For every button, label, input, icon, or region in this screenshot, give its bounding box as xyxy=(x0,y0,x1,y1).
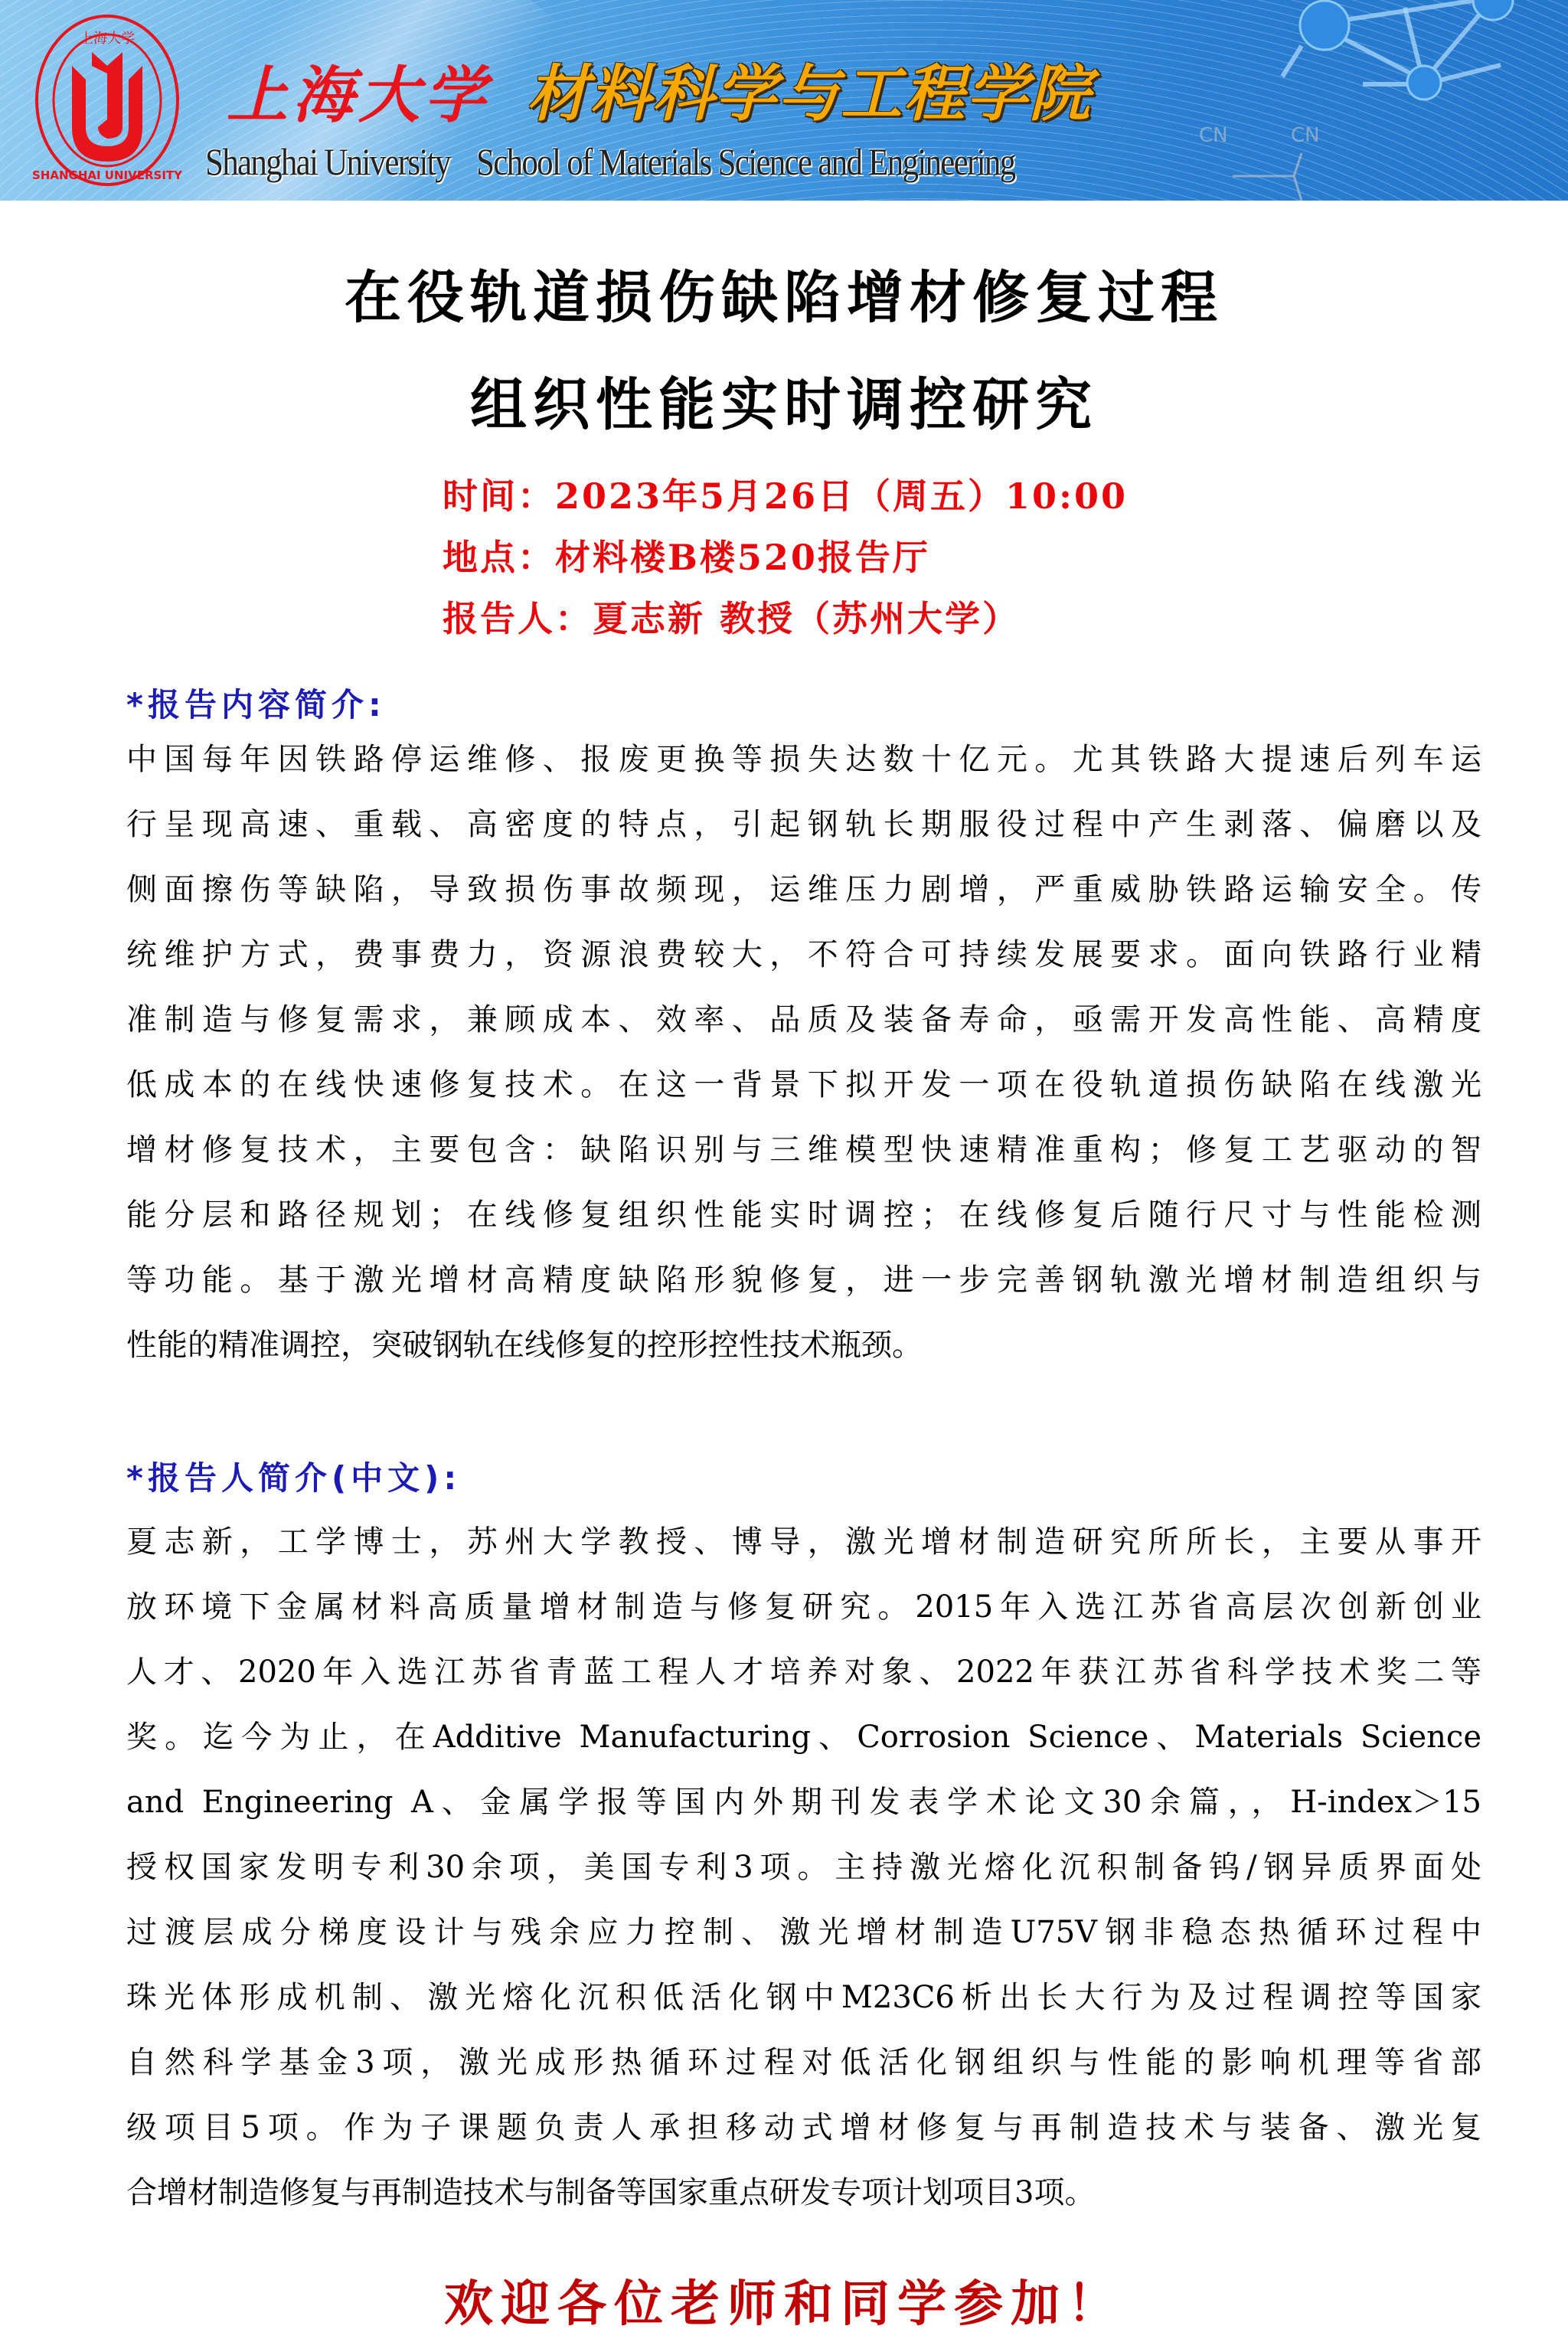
decor-label-cn-2: CN xyxy=(1291,124,1320,147)
abstract-line: 行呈现高速、重载、高密度的特点，引起钢轨长期服役过程中产生剥落、偏磨以及 xyxy=(126,806,1481,843)
bio-line: 放环境下金属材料高质量增材制造与修复研究。2015年入选江苏省高层次创新创业 xyxy=(126,1589,1481,1625)
abstract-line: 等功能。基于激光增材高精度缺陷形貌修复，进一步完善钢轨激光增材制造组织与 xyxy=(126,1262,1481,1298)
shanghai-university-logo-icon: 上海大学 SHANGHAI UNIVERSITY xyxy=(32,12,182,188)
abstract-line: 准制造与修复需求，兼顾成本、效率、品质及装备寿命，亟需开发高性能、高精度 xyxy=(126,1001,1481,1038)
molecule-graphic-icon: CN CN xyxy=(1148,0,1568,201)
abstract-line: 统维护方式，费事费力，资源浪费较大，不符合可持续发展要求。面向铁路行业精 xyxy=(126,936,1481,973)
bio-line: 自然科学基金3项，激光成形热循环过程对低活化钢组织与性能的影响机理等省部 xyxy=(126,2044,1481,2081)
decor-label-cn-1: CN xyxy=(1199,124,1228,147)
event-speaker: 报告人：夏志新 教授（苏州大学） xyxy=(443,591,1020,642)
bio-line: 授权国家发明专利30余项，美国专利3项。主持激光熔化沉积制备钨/钢异质界面处 xyxy=(126,1849,1481,1886)
bio-line: 合增材制造修复与再制造技术与制备等国家重点研发专项计划项目3项。 xyxy=(126,2174,1481,2211)
event-time: 时间：2023年5月26日（周五）10:00 xyxy=(443,469,1128,519)
speaker-bio-heading: *报告人简介(中文): xyxy=(126,1453,461,1499)
bio-line: 珠光体形成机制、激光熔化沉积低活化钢中M23C6析出长大行为及过程调控等国家 xyxy=(126,1979,1481,2016)
banner-english-line: Shanghai UniversitySchool of Materials S… xyxy=(205,139,1014,184)
abstract-line: 侧面擦伤等缺陷，导致损伤事故频现，运维压力剧增，严重威胁铁路运输安全。传 xyxy=(126,871,1481,908)
abstract-line: 低成本的在线快速修复技术。在这一背景下拟开发一项在役轨道损伤缺陷在线激光 xyxy=(126,1067,1481,1103)
school-name-en: School of Materials Science and Engineer… xyxy=(476,140,1014,183)
logo-ring-text-top: 上海大学 xyxy=(80,31,135,47)
event-location: 地点：材料楼B楼520报告厅 xyxy=(443,530,930,580)
talk-title-line-2: 组织性能实时调控研究 xyxy=(0,360,1568,441)
abstract-line: 性能的精准调控，突破钢轨在线修复的控形控性技术瓶颈。 xyxy=(126,1327,1481,1364)
university-name-en: Shanghai University xyxy=(205,140,450,183)
header-banner: 上海大学 SHANGHAI UNIVERSITY 上海大学 材料科学与工程学院 … xyxy=(0,0,1568,201)
abstract-line: 能分层和路径规划；在线修复组织性能实时调控；在线修复后随行尺寸与性能检测 xyxy=(126,1197,1481,1233)
school-name-cn: 材料科学与工程学院 xyxy=(527,44,1092,132)
svg-text:SHANGHAI UNIVERSITY: SHANGHAI UNIVERSITY xyxy=(32,168,182,182)
bio-line: 过渡层成分梯度设计与残余应力控制、激光增材制造U75V钢非稳态热循环过程中 xyxy=(126,1914,1481,1951)
abstract-line: 增材修复技术，主要包含：缺陷识别与三维模型快速精准重构；修复工艺驱动的智 xyxy=(126,1132,1481,1168)
bio-line: 人才、2020年入选江苏省青蓝工程人才培养对象、2022年获江苏省科学技术奖二等 xyxy=(126,1654,1481,1690)
university-name-cn: 上海大学 xyxy=(227,46,490,134)
talk-title-line-1: 在役轨道损伤缺陷增材修复过程 xyxy=(0,253,1568,334)
bio-line: and Engineering A、金属学报等国内外期刊发表学术论文30余篇，，… xyxy=(126,1784,1481,1821)
welcome-message: 欢迎各位老师和同学参加！ xyxy=(0,2265,1568,2335)
bio-line: 奖。迄今为止，在Additive Manufacturing、Corrosion… xyxy=(126,1719,1481,1756)
bio-line: 级项目5项。作为子课题负责人承担移动式增材修复与再制造技术与装备、激光复 xyxy=(126,2109,1481,2146)
bio-line: 夏志新，工学博士，苏州大学教授、博导，激光增材制造研究所所长，主要从事开 xyxy=(126,1524,1481,1560)
abstract-heading: *报告内容简介: xyxy=(126,680,386,726)
abstract-line: 中国每年因铁路停运维修、报废更换等损失达数十亿元。尤其铁路大提速后列车运 xyxy=(126,741,1481,778)
